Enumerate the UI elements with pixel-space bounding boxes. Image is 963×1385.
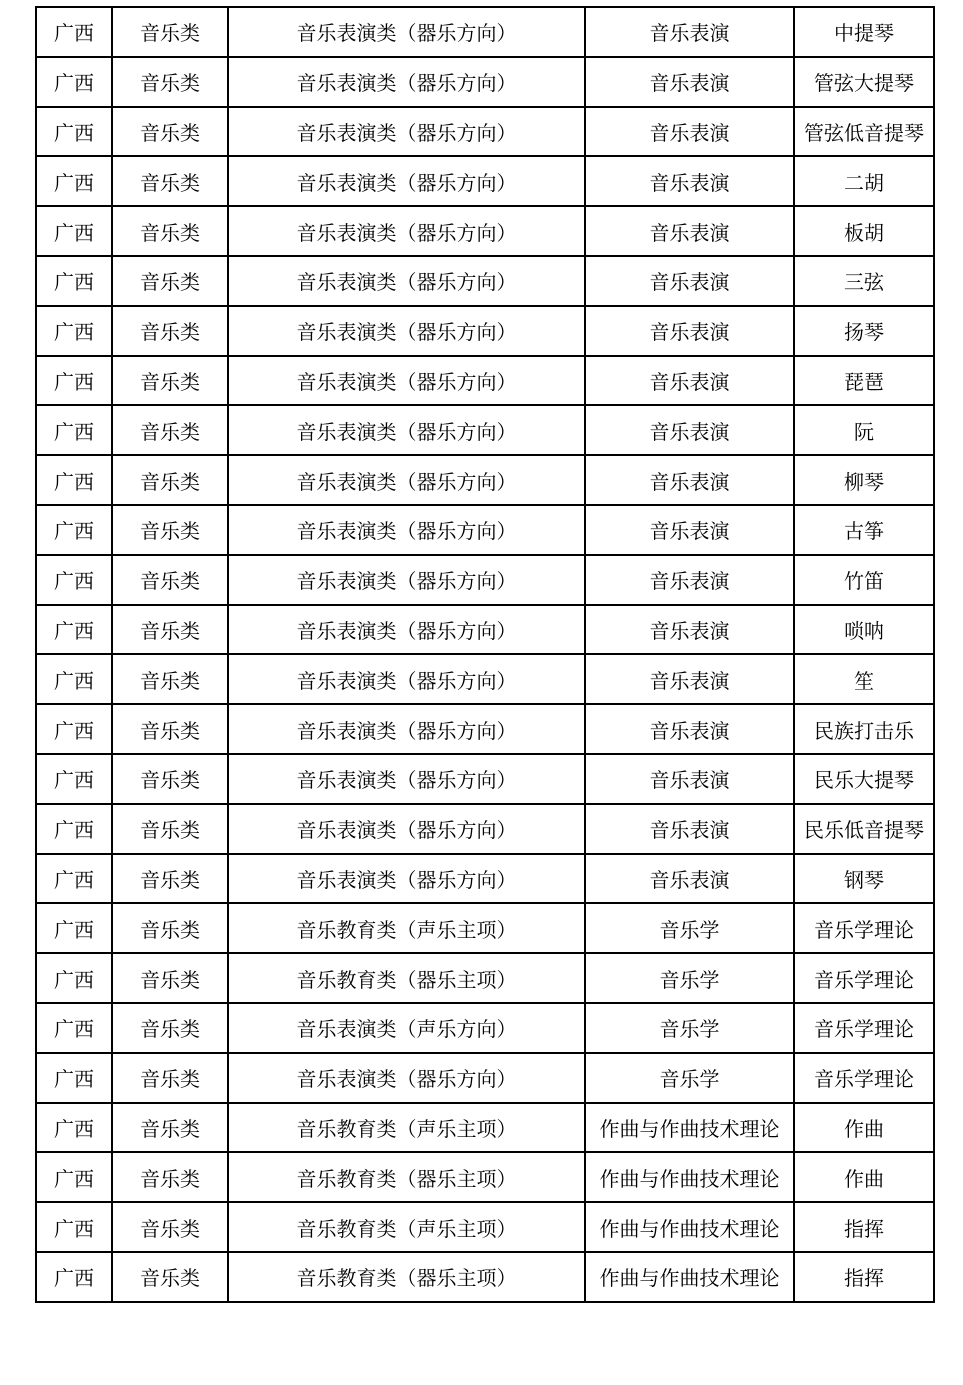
table-row: 广西音乐类音乐表演类（器乐方向）音乐表演古筝	[36, 505, 934, 555]
category-cell: 音乐类	[112, 555, 228, 605]
exam-type-cell: 音乐表演类（器乐方向）	[228, 107, 585, 157]
province-cell: 广西	[36, 455, 112, 505]
direction-cell: 钢琴	[794, 854, 934, 904]
table-row: 广西音乐类音乐表演类（器乐方向）音乐表演竹笛	[36, 555, 934, 605]
category-cell: 音乐类	[112, 306, 228, 356]
exam-type-cell: 音乐教育类（器乐主项）	[228, 1252, 585, 1302]
province-cell: 广西	[36, 704, 112, 754]
province-cell: 广西	[36, 256, 112, 306]
major-cell: 音乐表演	[585, 156, 794, 206]
table-row: 广西音乐类音乐表演类（声乐方向）音乐学音乐学理论	[36, 1003, 934, 1053]
table-row: 广西音乐类音乐表演类（器乐方向）音乐表演钢琴	[36, 854, 934, 904]
exam-type-cell: 音乐表演类（器乐方向）	[228, 306, 585, 356]
table-row: 广西音乐类音乐教育类（声乐主项）作曲与作曲技术理论作曲	[36, 1103, 934, 1153]
direction-cell: 民乐大提琴	[794, 754, 934, 804]
exam-type-cell: 音乐表演类（器乐方向）	[228, 555, 585, 605]
exam-type-cell: 音乐教育类（声乐主项）	[228, 1202, 585, 1252]
province-cell: 广西	[36, 804, 112, 854]
direction-cell: 音乐学理论	[794, 903, 934, 953]
category-cell: 音乐类	[112, 57, 228, 107]
category-cell: 音乐类	[112, 953, 228, 1003]
province-cell: 广西	[36, 356, 112, 406]
direction-cell: 作曲	[794, 1152, 934, 1202]
major-cell: 音乐表演	[585, 754, 794, 804]
exam-type-cell: 音乐表演类（器乐方向）	[228, 57, 585, 107]
exam-type-cell: 音乐表演类（器乐方向）	[228, 654, 585, 704]
province-cell: 广西	[36, 1053, 112, 1103]
category-cell: 音乐类	[112, 256, 228, 306]
table-body: 广西音乐类音乐表演类（器乐方向）音乐表演中提琴广西音乐类音乐表演类（器乐方向）音…	[36, 7, 934, 1302]
exam-type-cell: 音乐表演类（器乐方向）	[228, 854, 585, 904]
major-cell: 音乐表演	[585, 356, 794, 406]
exam-type-cell: 音乐表演类（器乐方向）	[228, 455, 585, 505]
major-cell: 音乐表演	[585, 256, 794, 306]
exam-type-cell: 音乐表演类（器乐方向）	[228, 206, 585, 256]
table-row: 广西音乐类音乐表演类（器乐方向）音乐表演板胡	[36, 206, 934, 256]
major-cell: 音乐表演	[585, 455, 794, 505]
major-cell: 音乐表演	[585, 306, 794, 356]
category-cell: 音乐类	[112, 206, 228, 256]
major-cell: 音乐表演	[585, 854, 794, 904]
direction-cell: 板胡	[794, 206, 934, 256]
direction-cell: 古筝	[794, 505, 934, 555]
major-cell: 音乐表演	[585, 107, 794, 157]
province-cell: 广西	[36, 206, 112, 256]
table-row: 广西音乐类音乐表演类（器乐方向）音乐表演琵琶	[36, 356, 934, 406]
major-cell: 音乐学	[585, 953, 794, 1003]
exam-type-cell: 音乐表演类（器乐方向）	[228, 256, 585, 306]
category-cell: 音乐类	[112, 903, 228, 953]
major-cell: 音乐表演	[585, 405, 794, 455]
exam-type-cell: 音乐表演类（器乐方向）	[228, 804, 585, 854]
province-cell: 广西	[36, 57, 112, 107]
direction-cell: 音乐学理论	[794, 953, 934, 1003]
province-cell: 广西	[36, 953, 112, 1003]
admissions-table: 广西音乐类音乐表演类（器乐方向）音乐表演中提琴广西音乐类音乐表演类（器乐方向）音…	[35, 6, 935, 1303]
major-cell: 音乐表演	[585, 57, 794, 107]
table-row: 广西音乐类音乐表演类（器乐方向）音乐表演民乐大提琴	[36, 754, 934, 804]
province-cell: 广西	[36, 654, 112, 704]
table-row: 广西音乐类音乐表演类（器乐方向）音乐表演中提琴	[36, 7, 934, 57]
exam-type-cell: 音乐表演类（器乐方向）	[228, 704, 585, 754]
exam-type-cell: 音乐教育类（器乐主项）	[228, 953, 585, 1003]
major-cell: 音乐表演	[585, 7, 794, 57]
category-cell: 音乐类	[112, 1252, 228, 1302]
table-row: 广西音乐类音乐教育类（声乐主项）音乐学音乐学理论	[36, 903, 934, 953]
category-cell: 音乐类	[112, 754, 228, 804]
category-cell: 音乐类	[112, 854, 228, 904]
direction-cell: 中提琴	[794, 7, 934, 57]
category-cell: 音乐类	[112, 1202, 228, 1252]
table-row: 广西音乐类音乐教育类（器乐主项）音乐学音乐学理论	[36, 953, 934, 1003]
exam-type-cell: 音乐表演类（器乐方向）	[228, 1053, 585, 1103]
province-cell: 广西	[36, 555, 112, 605]
category-cell: 音乐类	[112, 455, 228, 505]
major-cell: 音乐表演	[585, 704, 794, 754]
category-cell: 音乐类	[112, 1003, 228, 1053]
table-row: 广西音乐类音乐表演类（器乐方向）音乐表演管弦低音提琴	[36, 107, 934, 157]
category-cell: 音乐类	[112, 156, 228, 206]
table-row: 广西音乐类音乐表演类（器乐方向）音乐学音乐学理论	[36, 1053, 934, 1103]
category-cell: 音乐类	[112, 654, 228, 704]
direction-cell: 二胡	[794, 156, 934, 206]
province-cell: 广西	[36, 306, 112, 356]
exam-type-cell: 音乐表演类（声乐方向）	[228, 1003, 585, 1053]
province-cell: 广西	[36, 854, 112, 904]
direction-cell: 管弦低音提琴	[794, 107, 934, 157]
category-cell: 音乐类	[112, 356, 228, 406]
exam-type-cell: 音乐表演类（器乐方向）	[228, 7, 585, 57]
table-row: 广西音乐类音乐表演类（器乐方向）音乐表演民乐低音提琴	[36, 804, 934, 854]
major-cell: 作曲与作曲技术理论	[585, 1103, 794, 1153]
major-cell: 作曲与作曲技术理论	[585, 1152, 794, 1202]
major-cell: 音乐表演	[585, 505, 794, 555]
direction-cell: 唢呐	[794, 605, 934, 655]
table-row: 广西音乐类音乐表演类（器乐方向）音乐表演阮	[36, 405, 934, 455]
exam-type-cell: 音乐教育类（器乐主项）	[228, 1152, 585, 1202]
category-cell: 音乐类	[112, 605, 228, 655]
province-cell: 广西	[36, 1103, 112, 1153]
direction-cell: 柳琴	[794, 455, 934, 505]
province-cell: 广西	[36, 405, 112, 455]
major-cell: 音乐表演	[585, 605, 794, 655]
major-cell: 作曲与作曲技术理论	[585, 1252, 794, 1302]
province-cell: 广西	[36, 1202, 112, 1252]
direction-cell: 民乐低音提琴	[794, 804, 934, 854]
exam-type-cell: 音乐表演类（器乐方向）	[228, 605, 585, 655]
province-cell: 广西	[36, 505, 112, 555]
major-cell: 音乐表演	[585, 804, 794, 854]
exam-type-cell: 音乐表演类（器乐方向）	[228, 405, 585, 455]
table-row: 广西音乐类音乐表演类（器乐方向）音乐表演民族打击乐	[36, 704, 934, 754]
major-cell: 音乐学	[585, 1053, 794, 1103]
table-row: 广西音乐类音乐教育类（声乐主项）作曲与作曲技术理论指挥	[36, 1202, 934, 1252]
category-cell: 音乐类	[112, 1053, 228, 1103]
direction-cell: 三弦	[794, 256, 934, 306]
category-cell: 音乐类	[112, 107, 228, 157]
category-cell: 音乐类	[112, 704, 228, 754]
major-cell: 音乐学	[585, 903, 794, 953]
province-cell: 广西	[36, 1152, 112, 1202]
category-cell: 音乐类	[112, 7, 228, 57]
direction-cell: 指挥	[794, 1252, 934, 1302]
category-cell: 音乐类	[112, 405, 228, 455]
table-row: 广西音乐类音乐表演类（器乐方向）音乐表演三弦	[36, 256, 934, 306]
exam-type-cell: 音乐表演类（器乐方向）	[228, 156, 585, 206]
table-row: 广西音乐类音乐表演类（器乐方向）音乐表演柳琴	[36, 455, 934, 505]
direction-cell: 指挥	[794, 1202, 934, 1252]
table-row: 广西音乐类音乐表演类（器乐方向）音乐表演扬琴	[36, 306, 934, 356]
province-cell: 广西	[36, 1003, 112, 1053]
province-cell: 广西	[36, 1252, 112, 1302]
exam-type-cell: 音乐表演类（器乐方向）	[228, 356, 585, 406]
exam-type-cell: 音乐表演类（器乐方向）	[228, 754, 585, 804]
direction-cell: 阮	[794, 405, 934, 455]
direction-cell: 琵琶	[794, 356, 934, 406]
table-row: 广西音乐类音乐教育类（器乐主项）作曲与作曲技术理论指挥	[36, 1252, 934, 1302]
major-cell: 音乐学	[585, 1003, 794, 1053]
province-cell: 广西	[36, 903, 112, 953]
province-cell: 广西	[36, 156, 112, 206]
major-cell: 作曲与作曲技术理论	[585, 1202, 794, 1252]
direction-cell: 竹笛	[794, 555, 934, 605]
exam-type-cell: 音乐教育类（声乐主项）	[228, 1103, 585, 1153]
province-cell: 广西	[36, 107, 112, 157]
category-cell: 音乐类	[112, 1103, 228, 1153]
direction-cell: 扬琴	[794, 306, 934, 356]
table-row: 广西音乐类音乐表演类（器乐方向）音乐表演管弦大提琴	[36, 57, 934, 107]
exam-type-cell: 音乐教育类（声乐主项）	[228, 903, 585, 953]
table-row: 广西音乐类音乐教育类（器乐主项）作曲与作曲技术理论作曲	[36, 1152, 934, 1202]
direction-cell: 民族打击乐	[794, 704, 934, 754]
major-cell: 音乐表演	[585, 654, 794, 704]
direction-cell: 作曲	[794, 1103, 934, 1153]
category-cell: 音乐类	[112, 804, 228, 854]
table-row: 广西音乐类音乐表演类（器乐方向）音乐表演笙	[36, 654, 934, 704]
direction-cell: 管弦大提琴	[794, 57, 934, 107]
exam-type-cell: 音乐表演类（器乐方向）	[228, 505, 585, 555]
province-cell: 广西	[36, 7, 112, 57]
direction-cell: 音乐学理论	[794, 1003, 934, 1053]
direction-cell: 音乐学理论	[794, 1053, 934, 1103]
table-row: 广西音乐类音乐表演类（器乐方向）音乐表演二胡	[36, 156, 934, 206]
category-cell: 音乐类	[112, 1152, 228, 1202]
major-cell: 音乐表演	[585, 555, 794, 605]
major-cell: 音乐表演	[585, 206, 794, 256]
province-cell: 广西	[36, 605, 112, 655]
category-cell: 音乐类	[112, 505, 228, 555]
direction-cell: 笙	[794, 654, 934, 704]
table-row: 广西音乐类音乐表演类（器乐方向）音乐表演唢呐	[36, 605, 934, 655]
province-cell: 广西	[36, 754, 112, 804]
